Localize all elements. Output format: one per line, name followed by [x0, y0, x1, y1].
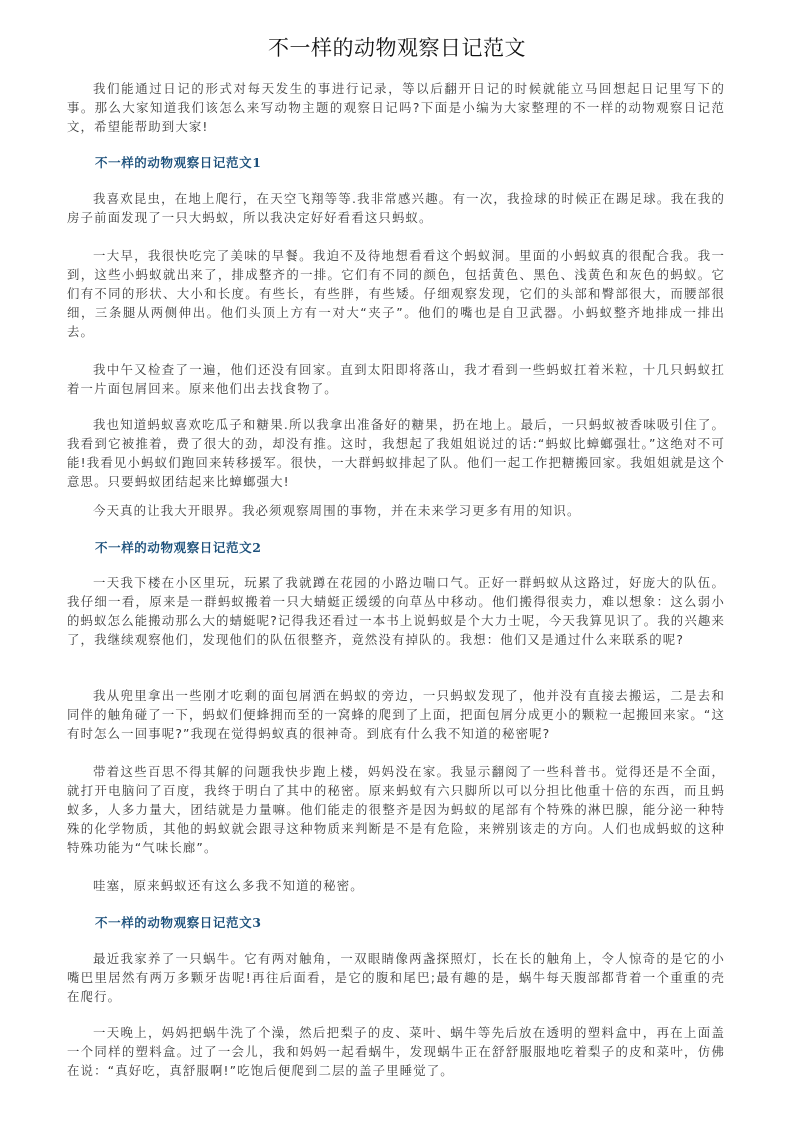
section-3-paragraph-1: 最近我家养了一只蜗牛。它有两对触角，一双眼睛像两盏探照灯，长在长的触角上，令人惊… [67, 949, 725, 1006]
body-paragraph: 哇塞，原来蚂蚁还有这么多我不知道的秘密。 [67, 876, 725, 895]
intro-paragraph: 我们能通过日记的形式对每天发生的事进行记录，等以后翻开日记的时候就能立马回想起日… [67, 79, 725, 136]
body-paragraph: 我从兜里拿出一些刚才吃剩的面包屑洒在蚂蚁的旁边，一只蚂蚁发现了，他并没有直接去搬… [67, 686, 725, 743]
body-paragraph: 最近我家养了一只蜗牛。它有两对触角，一双眼睛像两盏探照灯，长在长的触角上，令人惊… [67, 949, 725, 1006]
section-3-heading-block: 不一样的动物观察日记范文3 [67, 913, 725, 932]
body-paragraph: 我也知道蚂蚁喜欢吃瓜子和糖果.所以我拿出准备好的糖果，扔在地上。最后，一只蚂蚁被… [67, 415, 725, 491]
body-paragraph: 带着这些百思不得其解的问题我快步跑上楼，妈妈没在家。我显示翻阅了一些科普书。觉得… [67, 762, 725, 857]
section-1-heading-block: 不一样的动物观察日记范文1 [67, 153, 725, 172]
section-1-paragraph-3: 我中午又检查了一遍，他们还没有回家。直到太阳即将落山，我才看到一些蚂蚁扛着米粒，… [67, 360, 725, 398]
body-paragraph: 一大早，我很快吃完了美味的早餐。我迫不及待地想看看这个蚂蚁洞。里面的小蚂蚁真的很… [67, 246, 725, 341]
body-paragraph: 我喜欢昆虫，在地上爬行，在天空飞翔等等.我非常感兴趣。有一次，我捡球的时候正在踢… [67, 189, 725, 227]
section-3-paragraph-2: 一天晚上，妈妈把蜗牛洗了个澡，然后把梨子的皮、菜叶、蜗牛等先后放在透明的塑料盒中… [67, 1023, 725, 1080]
body-paragraph: 我中午又检查了一遍，他们还没有回家。直到太阳即将落山，我才看到一些蚂蚁扛着米粒，… [67, 360, 725, 398]
section-2-paragraph-2: 我从兜里拿出一些刚才吃剩的面包屑洒在蚂蚁的旁边，一只蚂蚁发现了，他并没有直接去搬… [67, 686, 725, 743]
body-paragraph: 一天我下楼在小区里玩，玩累了我就蹲在花园的小路边喘口气。正好一群蚂蚁从这路过，好… [67, 573, 725, 649]
section-2-paragraph-3: 带着这些百思不得其解的问题我快步跑上楼，妈妈没在家。我显示翻阅了一些科普书。觉得… [67, 762, 725, 857]
page-title: 不一样的动物观察日记范文 [0, 32, 794, 62]
section-1-paragraph-1: 我喜欢昆虫，在地上爬行，在天空飞翔等等.我非常感兴趣。有一次，我捡球的时候正在踢… [67, 189, 725, 227]
section-1-paragraph-5: 今天真的让我大开眼界。我必须观察周围的事物，并在未来学习更多有用的知识。 [67, 501, 725, 520]
section-1-paragraph-4: 我也知道蚂蚁喜欢吃瓜子和糖果.所以我拿出准备好的糖果，扔在地上。最后，一只蚂蚁被… [67, 415, 725, 491]
section-heading: 不一样的动物观察日记范文3 [67, 913, 725, 932]
section-heading: 不一样的动物观察日记范文2 [67, 538, 725, 557]
body-paragraph: 今天真的让我大开眼界。我必须观察周围的事物，并在未来学习更多有用的知识。 [67, 501, 725, 520]
body-paragraph: 一天晚上，妈妈把蜗牛洗了个澡，然后把梨子的皮、菜叶、蜗牛等先后放在透明的塑料盒中… [67, 1023, 725, 1080]
section-1-paragraph-2: 一大早，我很快吃完了美味的早餐。我迫不及待地想看看这个蚂蚁洞。里面的小蚂蚁真的很… [67, 246, 725, 341]
section-heading: 不一样的动物观察日记范文1 [67, 153, 725, 172]
section-2-paragraph-1: 一天我下楼在小区里玩，玩累了我就蹲在花园的小路边喘口气。正好一群蚂蚁从这路过，好… [67, 573, 725, 649]
intro-block: 我们能通过日记的形式对每天发生的事进行记录，等以后翻开日记的时候就能立马回想起日… [67, 79, 725, 136]
section-2-paragraph-4: 哇塞，原来蚂蚁还有这么多我不知道的秘密。 [67, 876, 725, 895]
section-2-heading-block: 不一样的动物观察日记范文2 [67, 538, 725, 557]
document-page: 不一样的动物观察日记范文 我们能通过日记的形式对每天发生的事进行记录，等以后翻开… [0, 0, 794, 1123]
